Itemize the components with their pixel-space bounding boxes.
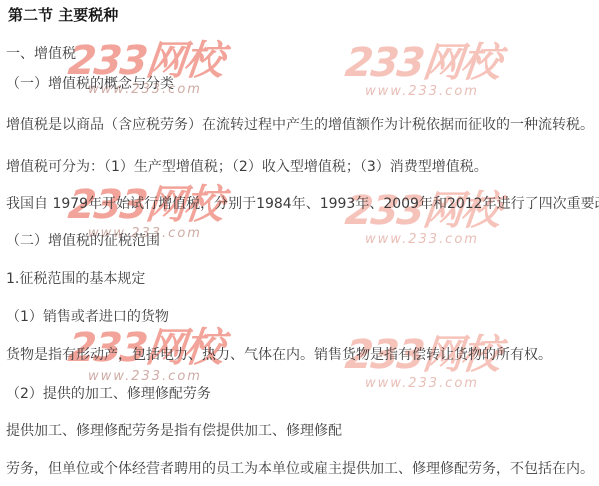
paragraph-numbered-1: 1.征税范围的基本规定: [6, 271, 145, 287]
watermark-logo: 233网校: [53, 44, 237, 79]
paragraph-list-item-1: 一、增值税: [6, 46, 76, 62]
paragraph-body: 增值税是以商品（含应税劳务）在流转过程中产生的增值额作为计税依据而征收的一种流转…: [6, 117, 594, 133]
watermark-url: www.233.com: [332, 84, 512, 99]
watermark-logo: 233网校: [330, 46, 514, 81]
watermark-url: www.233.com: [332, 376, 512, 391]
paragraph-body: 劳务，但单位或个体经营者聘用的员工为本单位或雇主提供加工、修理修配劳务，不包括在…: [6, 461, 594, 477]
watermark-url: www.233.com: [55, 369, 235, 384]
document-page: 233网校 www.233.com 233网校 www.233.com 233网…: [0, 0, 599, 486]
watermark-url: www.233.com: [332, 232, 512, 247]
watermark: 233网校 www.233.com: [332, 338, 512, 391]
paragraph-subheading-1: （一）增值税的概念与分类: [6, 76, 174, 92]
paragraph-item-1: （1）销售或者进口的货物: [6, 309, 169, 325]
paragraph-body: 提供加工、修理修配劳务是指有偿提供加工、修理修配: [6, 423, 342, 439]
paragraph-body: 货物是指有形动产，包括电力、热力、气体在内。销售货物是指有偿转让货物的所有权。: [6, 347, 552, 363]
watermark: 233网校 www.233.com: [332, 46, 512, 99]
paragraph-subheading-2: （二）增值税的征税范围: [6, 233, 160, 249]
paragraph-body: 增值税可分为：（1）生产型增值税；（2）收入型增值税；（3）消费型增值税。: [6, 159, 488, 175]
paragraph-body: 我国自 1979年开始试行增值税，分别于1984年、1993年、2009年和20…: [6, 196, 599, 212]
section-heading: 第二节 主要税种: [8, 7, 118, 24]
paragraph-item-2: （2）提供的加工、修理修配劳务: [6, 386, 211, 402]
